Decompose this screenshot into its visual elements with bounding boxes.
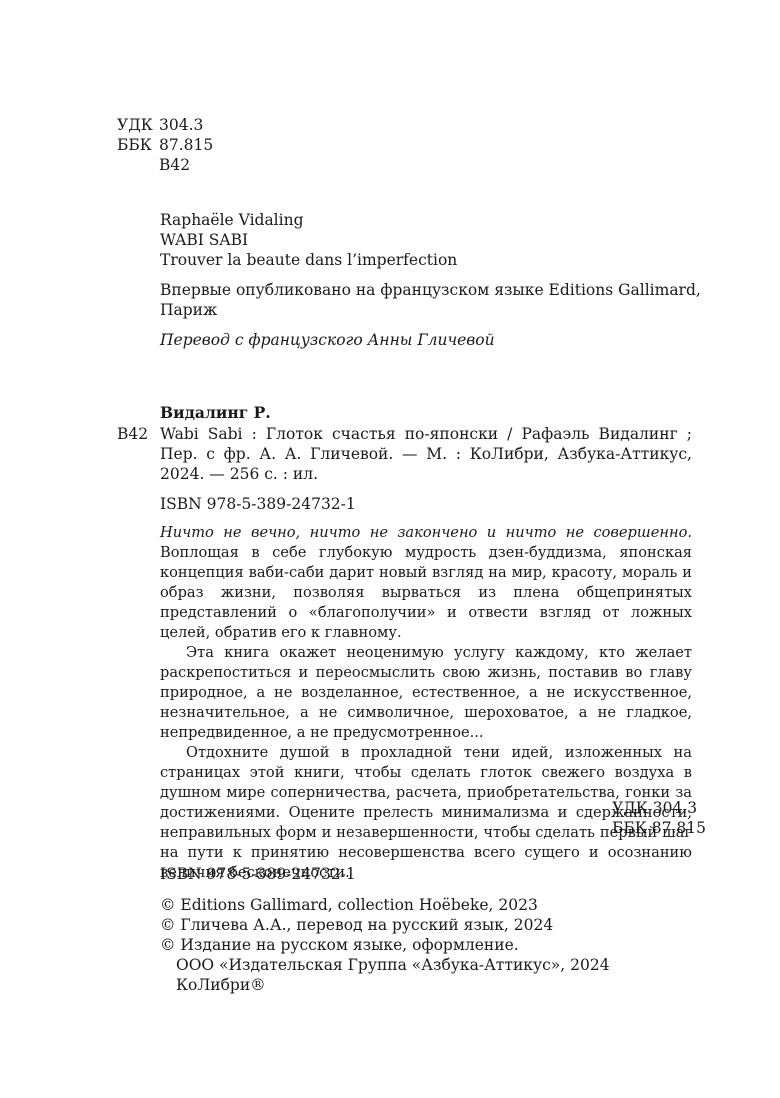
- publisher-line: КоЛибри®: [160, 975, 610, 995]
- annotation-paragraph-2: Эта книга окажет неоценимую услугу каждо…: [160, 643, 692, 743]
- original-title: WABI SABI: [160, 230, 457, 250]
- author-mark: В42: [159, 155, 190, 175]
- author-mark-row: В42: [117, 155, 213, 175]
- copyright-line: © Editions Gallimard, collection Hoëbeke…: [160, 895, 610, 915]
- footer-codes: УДК 304.3 ББК 87.815: [612, 798, 706, 838]
- translator-credit: Перевод с французского Анны Гличевой: [160, 330, 495, 350]
- copyright-line: © Издание на русском языке, оформление.: [160, 935, 610, 955]
- catalog-heading: Видалинг Р.: [160, 403, 271, 423]
- copyright-block: © Editions Gallimard, collection Hoëbeke…: [160, 895, 610, 995]
- first-published-line1: Впервые опубликовано на французском язык…: [160, 280, 701, 300]
- udk-row: УДК 304.3: [117, 115, 213, 135]
- classification-block: УДК 304.3 ББК 87.815 В42: [117, 115, 213, 175]
- catalog-mark: В42: [117, 424, 148, 444]
- catalog-description: Wabi Sabi : Глоток счастья по-японски / …: [160, 424, 692, 484]
- bbk-label: ББК: [117, 135, 159, 155]
- catalog-isbn: ISBN 978-5-389-24732-1: [160, 494, 356, 514]
- copyright-line: © Гличева А.А., перевод на русский язык,…: [160, 915, 610, 935]
- publisher-line: ООО «Издательская Группа «Азбука-Аттикус…: [160, 955, 610, 975]
- bbk-row: ББК 87.815: [117, 135, 213, 155]
- annotation-lead: Ничто не вечно, ничто не закончено и нич…: [160, 524, 692, 541]
- bbk-value: 87.815: [159, 135, 213, 155]
- original-author: Raphaële Vidaling: [160, 210, 457, 230]
- footer-bbk: ББК 87.815: [612, 818, 706, 838]
- catalog-description-block: Wabi Sabi : Глоток счастья по-японски / …: [160, 424, 692, 484]
- first-published-block: Впервые опубликовано на французском язык…: [160, 280, 701, 320]
- udk-label: УДК: [117, 115, 159, 135]
- udk-value: 304.3: [159, 115, 203, 135]
- annotation-paragraph-1: Ничто не вечно, ничто не закончено и нич…: [160, 523, 692, 643]
- original-subtitle: Trouver la beaute dans l’imperfection: [160, 250, 457, 270]
- footer-udk: УДК 304.3: [612, 798, 706, 818]
- annotation-p1-text: Воплощая в себе глубокую мудрость дзен-б…: [160, 544, 692, 641]
- isbn-bottom: ISBN 978-5-389-24732-1: [160, 864, 356, 884]
- original-edition-block: Raphaële Vidaling WABI SABI Trouver la b…: [160, 210, 457, 270]
- first-published-line2: Париж: [160, 300, 701, 320]
